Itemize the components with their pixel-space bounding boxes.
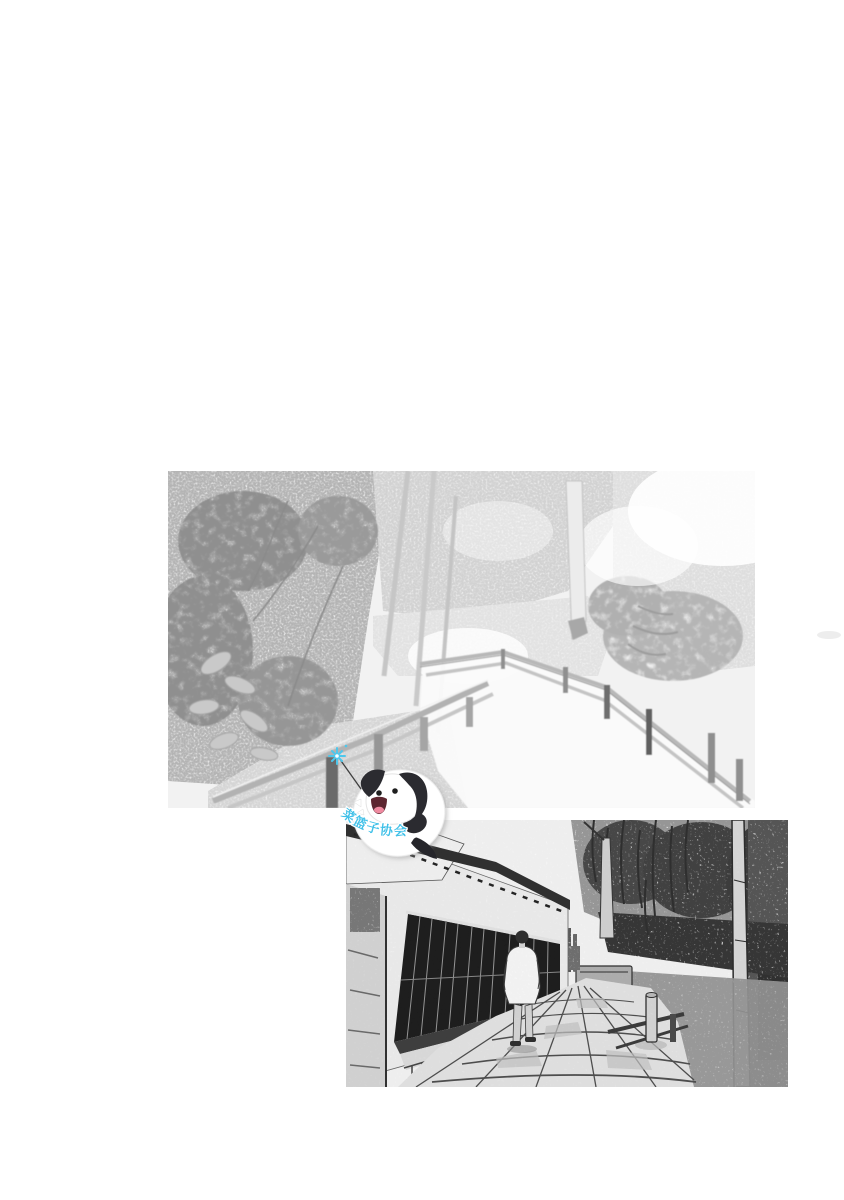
- dog-left-eye: [376, 790, 382, 796]
- panel-forest-path: Pencil sketch of a curving park path bor…: [168, 471, 755, 808]
- dog-tongue: [374, 807, 384, 813]
- scanlation-watermark: 菜篮子协会: [315, 741, 457, 865]
- dog-right-eye: [392, 788, 398, 794]
- watermark-art: 菜篮子协会: [315, 741, 457, 865]
- margin-smudge: [816, 626, 842, 638]
- forest-path-art: Pencil sketch of a curving park path bor…: [168, 471, 755, 808]
- sparkle-core: [335, 754, 339, 758]
- manga-page: Pencil sketch of a curving park path bor…: [0, 0, 844, 1200]
- sparkle-icon: [329, 745, 347, 764]
